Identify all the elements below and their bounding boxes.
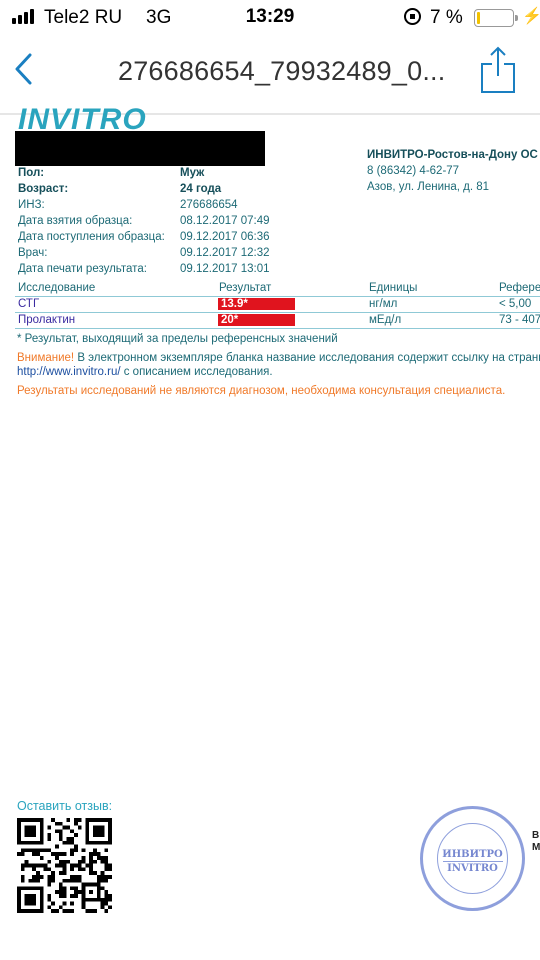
info-label: Возраст:	[18, 181, 180, 197]
lab-info: ИНВИТРО-Ростов-на-Дону ОС 8 (86342) 4-62…	[367, 147, 538, 195]
info-label: ИНЗ:	[18, 197, 180, 213]
chevron-left-icon[interactable]	[12, 52, 36, 86]
info-value: 276686654	[180, 197, 238, 213]
header-test: Исследование	[18, 282, 95, 294]
battery-percent: 7 %	[430, 7, 463, 29]
header-result: Результат	[219, 282, 271, 294]
feedback-label: Оставить отзыв:	[17, 799, 112, 813]
redacted-patient-name	[15, 131, 265, 166]
orientation-lock-icon	[404, 8, 421, 25]
units: мЕд/л	[369, 314, 401, 326]
pdf-document-view[interactable]: INVITRO Пол:МужВозраст:24 годаИНЗ:276686…	[0, 100, 540, 960]
lab-stamp: ИНВИТРО INVITRO	[420, 806, 525, 911]
patient-info: Пол:МужВозраст:24 годаИНЗ:276686654Дата …	[18, 165, 270, 277]
table-row: СТГ 13.9* нг/мл < 5,00	[15, 297, 540, 313]
info-value: 09.12.2017 12:32	[180, 245, 270, 261]
table-row: Пролактин 20* мЕд/л 73 - 407	[15, 313, 540, 329]
patient-info-row: ИНЗ:276686654	[18, 197, 270, 213]
invitro-link[interactable]: http://www.invitro.ru/	[17, 366, 121, 378]
charging-bolt-icon: ⚡	[522, 6, 540, 26]
attention-note: Внимание! В электронном экземпляре бланк…	[17, 351, 540, 379]
patient-info-row: Дата взятия образца:08.12.2017 07:49	[18, 213, 270, 229]
result-value-flagged: 20*	[218, 314, 295, 326]
info-label: Пол:	[18, 165, 180, 181]
nav-bar: 276686654_79932489_0...	[0, 36, 540, 100]
lab-phone: 8 (86342) 4-62-77	[367, 163, 538, 179]
header-units: Единицы	[369, 282, 417, 294]
info-label: Дата взятия образца:	[18, 213, 180, 229]
reference-range: < 5,00	[499, 298, 531, 310]
attention-label: Внимание!	[17, 352, 74, 364]
results-table: Исследование Результат Единицы Рефере СТ…	[15, 281, 540, 329]
disclaimer: Результаты исследований не являются диаг…	[17, 385, 505, 397]
info-label: Дата печати результата:	[18, 261, 180, 277]
test-link[interactable]: Пролактин	[18, 314, 75, 326]
lab-name: ИНВИТРО-Ростов-на-Дону ОС	[367, 147, 538, 163]
signature-fragment: ВМ	[532, 830, 540, 854]
test-link[interactable]: СТГ	[18, 298, 39, 310]
units: нг/мл	[369, 298, 397, 310]
header-reference: Рефере	[499, 282, 540, 294]
info-value: Муж	[180, 165, 204, 181]
attention-text: В электронном экземпляре бланка название…	[74, 352, 540, 364]
stamp-text-en: INVITRO	[423, 863, 522, 874]
patient-info-row: Пол:Муж	[18, 165, 270, 181]
attention-text-2: с описанием исследования.	[121, 366, 273, 378]
share-icon[interactable]	[480, 46, 516, 94]
lab-address: Азов, ул. Ленина, д. 81	[367, 179, 538, 195]
footnote: * Результат, выходящий за пределы рефере…	[17, 333, 338, 345]
reference-range: 73 - 407	[499, 314, 540, 326]
battery-icon	[474, 9, 514, 27]
info-label: Дата поступления образца:	[18, 229, 180, 245]
results-header: Исследование Результат Единицы Рефере	[15, 281, 540, 297]
info-value: 09.12.2017 06:36	[180, 229, 270, 245]
info-value: 08.12.2017 07:49	[180, 213, 270, 229]
info-value: 09.12.2017 13:01	[180, 261, 270, 277]
patient-info-row: Врач:09.12.2017 12:32	[18, 245, 270, 261]
stamp-text-ru: ИНВИТРО	[423, 849, 522, 860]
result-value-flagged: 13.9*	[218, 298, 295, 310]
status-bar: Tele2 RU 3G 13:29 7 % ⚡	[0, 0, 540, 36]
document-title: 276686654_79932489_0...	[118, 56, 445, 87]
patient-info-row: Дата печати результата:09.12.2017 13:01	[18, 261, 270, 277]
info-label: Врач:	[18, 245, 180, 261]
qr-code[interactable]	[17, 818, 112, 913]
info-value: 24 года	[180, 181, 221, 197]
patient-info-row: Возраст:24 года	[18, 181, 270, 197]
patient-info-row: Дата поступления образца:09.12.2017 06:3…	[18, 229, 270, 245]
